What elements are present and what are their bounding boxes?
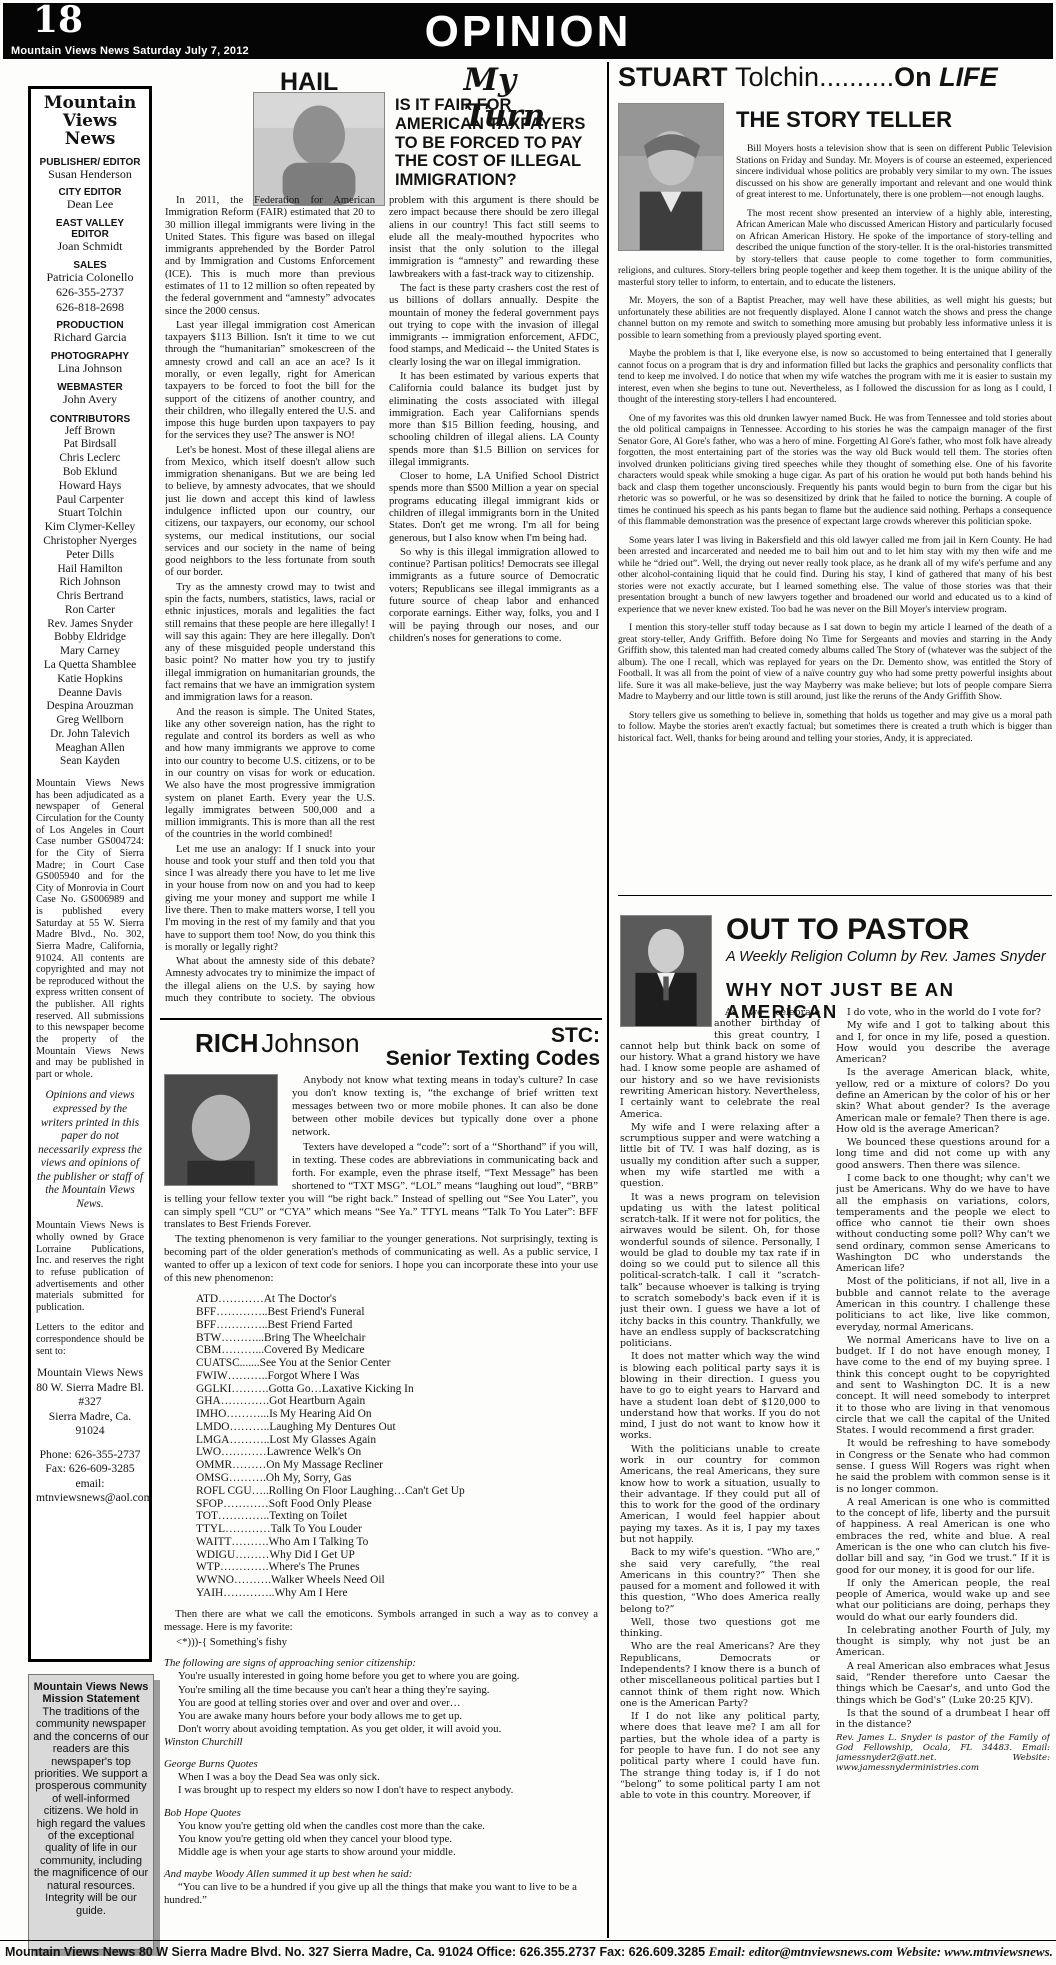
texting-code-entry: CUATSC.......See You at the Senior Cente… bbox=[196, 1357, 598, 1370]
texting-code-entry: BFF…………..Best Friend Farted bbox=[196, 1319, 598, 1332]
contributor-name: Paul Carpenter bbox=[36, 494, 144, 508]
texting-code-entry: BTW………...Bring The Wheelchair bbox=[196, 1332, 598, 1345]
paragraph: Is the average American black, white, ye… bbox=[836, 1067, 1050, 1135]
staff-entry: 626-818-2698 bbox=[36, 301, 144, 315]
my-turn-body: In 2011, the Federation for American Imm… bbox=[165, 195, 599, 1015]
staff-entry: EAST VALLEY EDITOR Joan Schmidt bbox=[36, 218, 144, 254]
staff-name: Patricia Colonello bbox=[36, 271, 144, 285]
paragraph: We normal Americans have to live on a bu… bbox=[836, 1335, 1050, 1437]
article-senior-texting-codes: RICH Johnson STC: Senior Texting Codes A… bbox=[160, 1022, 602, 1938]
contributor-name: Bobby Eldridge bbox=[36, 631, 144, 645]
paragraph: In 2011, the Federation for American Imm… bbox=[165, 195, 375, 318]
paragraph: Back to my wife's question. “Who are,” s… bbox=[620, 1547, 820, 1615]
contact-line: Phone: 626-355-2737 bbox=[36, 1448, 144, 1462]
senior-signs-list: You're usually interested in going home … bbox=[164, 1670, 598, 1736]
contributor-name: Deanne Davis bbox=[36, 687, 144, 701]
paragraph: With the politicians unable to create wo… bbox=[620, 1444, 820, 1546]
on-life-body: THE STORY TELLER Bill Moyers hosts a tel… bbox=[618, 101, 1052, 887]
staff-name: Dean Lee bbox=[36, 198, 144, 212]
paragraph: Last year illegal immigration cost Ameri… bbox=[165, 320, 375, 443]
emoticon-example: <*)))-{ Something's fishy bbox=[176, 1636, 598, 1649]
contributor-name: Pat Birdsall bbox=[36, 438, 144, 452]
stc-headline: STC: Senior Texting Codes bbox=[386, 1024, 600, 1070]
paragraph: So why is this illegal immigration allow… bbox=[389, 547, 599, 645]
stc-intro: Anybody not know what texting means in t… bbox=[164, 1074, 598, 1907]
pastor-column-1: As we celebrate another birthday of this… bbox=[620, 1007, 820, 1825]
paragraph: If only the American people, the real pe… bbox=[836, 1578, 1050, 1623]
texting-code-entry: OMMR………On My Massage Recliner bbox=[196, 1459, 598, 1472]
paragraph: Story tellers give us something to belie… bbox=[618, 710, 1052, 745]
staff-entry: PRODUCTION Richard Garcia bbox=[36, 320, 144, 345]
contributor-name: Howard Hays bbox=[36, 480, 144, 494]
footer-address: Mountain Views News 80 W Sierra Madre Bl… bbox=[5, 1945, 709, 1959]
texting-code-entry: FWIW………..Forgot Where I Was bbox=[196, 1370, 598, 1383]
footer-rule bbox=[0, 1940, 1056, 1941]
footer-website: www.mtnviewsnews.com bbox=[944, 1944, 1053, 1959]
contributors-label: CONTRIBUTORS bbox=[36, 414, 144, 425]
contributor-name: Jeff Brown bbox=[36, 425, 144, 439]
contributor-name: Dr. John Talevich bbox=[36, 728, 144, 742]
ownership-notice: Mountain Views News is wholly owned by G… bbox=[36, 1220, 144, 1313]
address-line: 80 W. Sierra Madre Bl. #327 bbox=[36, 1381, 144, 1410]
quote-line: You know you're getting old when they ca… bbox=[178, 1833, 598, 1846]
contributor-name: Stuart Tolchin bbox=[36, 507, 144, 521]
mailing-address: Mountain Views News80 W. Sierra Madre Bl… bbox=[36, 1366, 144, 1438]
page-footer: Mountain Views News 80 W Sierra Madre Bl… bbox=[5, 1944, 1053, 1960]
contributor-name: Katie Hopkins bbox=[36, 673, 144, 687]
paragraph: It was a news program on television upda… bbox=[620, 1192, 820, 1350]
paragraph: My wife and I were relaxing after a scru… bbox=[620, 1122, 820, 1190]
paragraph: And the reason is simple. The United Sta… bbox=[165, 707, 375, 842]
quote-line: You know you're getting old when the can… bbox=[178, 1820, 598, 1833]
mission-title-line1: Mountain Views News bbox=[33, 1681, 149, 1693]
pastor-column-2: I do vote, who in the world do I vote fo… bbox=[836, 1007, 1050, 1837]
staff-entry: PHOTOGRAPHY Lina Johnson bbox=[36, 351, 144, 376]
sidebar-title: Mountain Views News bbox=[36, 95, 144, 149]
paragraph: A real American is one who is committed … bbox=[836, 1497, 1050, 1576]
contributor-name: Mary Carney bbox=[36, 645, 144, 659]
paragraph: One of my favorites was this old drunken… bbox=[618, 413, 1052, 528]
paragraph: Let me use an analogy: If I snuck into y… bbox=[165, 844, 375, 955]
contact-info: Phone: 626-355-2737Fax: 626-609-3285emai… bbox=[36, 1448, 144, 1506]
staff-role-label: PUBLISHER/ EDITOR bbox=[36, 157, 144, 168]
article-out-to-pastor: OUT TO PASTOR A Weekly Religion Column b… bbox=[618, 903, 1052, 1938]
staff-name: John Avery bbox=[36, 393, 144, 407]
my-turn-bottom-rule bbox=[160, 1018, 602, 1020]
paragraph: Most of the politicians, if not all, liv… bbox=[836, 1276, 1050, 1332]
paragraph: Closer to home, LA Unified School Distri… bbox=[389, 471, 599, 545]
texting-code-entry: BFF…………..Best Friend's Funeral bbox=[196, 1306, 598, 1319]
paragraph: Who are the real Americans? Are they Rep… bbox=[620, 1641, 820, 1709]
section-title: OPINION bbox=[3, 7, 1053, 57]
paragraph: I mention this story-teller stuff today … bbox=[618, 622, 1052, 703]
texting-code-entry: WDIGU………Why Did I Get UP bbox=[196, 1549, 598, 1562]
contributor-name: Meaghan Allen bbox=[36, 742, 144, 756]
pastor-col1-paragraphs: As we celebrate another birthday of this… bbox=[620, 1007, 820, 1801]
staff-entry: SALES Patricia Colonello bbox=[36, 260, 144, 285]
contributor-name: Despina Arouzman bbox=[36, 700, 144, 714]
article-my-turn: HAIL Hamilton My Turn IS IT FAIR FOR AME… bbox=[160, 62, 602, 1018]
paragraph: My wife and I got to talking about this … bbox=[836, 1020, 1050, 1065]
staff-role-label: EAST VALLEY EDITOR bbox=[36, 218, 144, 240]
contributor-name: Chris Leclerc bbox=[36, 452, 144, 466]
sign-line: You are awake many hours before your bod… bbox=[178, 1710, 598, 1723]
mission-statement-box: Mountain Views News Mission Statement Th… bbox=[28, 1674, 154, 1950]
paragraph: Try as the amnesty crowd may to twist an… bbox=[165, 582, 375, 705]
rich-johnson-byline: RICH Johnson bbox=[195, 1028, 360, 1059]
pastor-col2-paragraphs: I do vote, who in the world do I vote fo… bbox=[836, 1007, 1050, 1730]
woody-allen-quote: “You can live to be a hundred if you giv… bbox=[164, 1881, 598, 1907]
paragraph: It does not matter which way the wind is… bbox=[620, 1351, 820, 1441]
footer-website-label: Website: bbox=[896, 1944, 945, 1959]
texting-code-entry: TTYL…………Talk To You Louder bbox=[196, 1523, 598, 1536]
sign-line: Don't worry about avoiding temptation. A… bbox=[178, 1723, 598, 1736]
quote-line: I was brought up to respect my elders so… bbox=[178, 1784, 598, 1797]
hail-hamilton-photo bbox=[253, 92, 385, 206]
paragraph: We bounced these questions around for a … bbox=[836, 1137, 1050, 1171]
texting-code-entry: CBM………...Covered By Medicare bbox=[196, 1344, 598, 1357]
address-line: Sierra Madre, Ca. 91024 bbox=[36, 1410, 144, 1439]
on-life-bottom-rule bbox=[618, 895, 1052, 896]
texting-code-entry: LMGA………..Lost My Glasses Again bbox=[196, 1434, 598, 1447]
paragraph: Is that the sound of a drumbeat I hear o… bbox=[836, 1708, 1050, 1731]
rich-johnson-photo bbox=[164, 1074, 278, 1186]
texting-code-entry: LMDO………..Laughing My Dentures Out bbox=[196, 1421, 598, 1434]
texting-code-entry: SFOP…………Soft Food Only Please bbox=[196, 1498, 598, 1511]
hope-quotes-list: You know you're getting old when the can… bbox=[164, 1820, 598, 1860]
footer-email-label: Email: bbox=[709, 1944, 749, 1959]
hope-quotes-title: Bob Hope Quotes bbox=[164, 1807, 598, 1820]
emoticon-intro: Then there are what we call the emoticon… bbox=[164, 1608, 598, 1634]
contributor-name: Kim Clymer-Kelley bbox=[36, 521, 144, 535]
staff-list: PUBLISHER/ EDITOR Susan Henderson CITY E… bbox=[36, 157, 144, 407]
senior-texting-codes-list: ATD…………At The Doctor'sBFF…………..Best Frie… bbox=[196, 1293, 598, 1599]
column-divider-rule bbox=[607, 62, 609, 1938]
texting-code-entry: TOT…………..Texting on Toilet bbox=[196, 1510, 598, 1523]
staff-name: Richard Garcia bbox=[36, 331, 144, 345]
staff-entry: 626-355-2737 bbox=[36, 286, 144, 300]
contact-line: Fax: 626-609-3285 bbox=[36, 1462, 144, 1476]
footer-email: editor@mtnviewsnews.com bbox=[749, 1944, 896, 1959]
staff-name: 626-355-2737 bbox=[36, 286, 144, 300]
paragraph: In celebrating another Fourth of July, m… bbox=[836, 1625, 1050, 1659]
contact-line: email: bbox=[36, 1477, 144, 1491]
texting-code-entry: OMSG……….Oh My, Sorry, Gas bbox=[196, 1472, 598, 1485]
letters-intro: Letters to the editor and correspondence… bbox=[36, 1322, 144, 1357]
contributor-name: Rev. James Snyder bbox=[36, 618, 144, 632]
sign-line: You're usually interested in going home … bbox=[178, 1670, 598, 1683]
texting-code-entry: WTP………….Where's The Prunes bbox=[196, 1561, 598, 1574]
burns-quotes-title: George Burns Quotes bbox=[164, 1758, 598, 1771]
signs-section-title: The following are signs of approaching s… bbox=[164, 1657, 598, 1670]
paragraph: It would be refreshing to have somebody … bbox=[836, 1438, 1050, 1494]
texting-code-entry: LWO…………Lawrence Welk's On bbox=[196, 1446, 598, 1459]
contributor-name: Rich Johnson bbox=[36, 576, 144, 590]
stuart-tolchin-byline: STUART Tolchin..........On LIFE bbox=[618, 62, 1052, 93]
staff-entry: CITY EDITOR Dean Lee bbox=[36, 187, 144, 212]
article-on-life: STUART Tolchin..........On LIFE THE STOR… bbox=[618, 62, 1052, 892]
texting-code-entry: IMHO………...Is My Hearing Aid On bbox=[196, 1408, 598, 1421]
opinions-disclaimer: Opinions and views expressed by the writ… bbox=[36, 1089, 144, 1211]
sign-line: You're smiling all the time because you … bbox=[178, 1684, 598, 1697]
staff-name: 626-818-2698 bbox=[36, 301, 144, 315]
staff-name: Lina Johnson bbox=[36, 362, 144, 376]
contributors-list: Jeff BrownPat BirdsallChris LeclercBob E… bbox=[36, 425, 144, 770]
mission-body: The traditions of the community newspape… bbox=[33, 1706, 149, 1917]
paragraph: I come back to one thought; why can't we… bbox=[836, 1173, 1050, 1275]
texting-code-entry: ROFL CGU…..Rolling On Floor Laughing…Can… bbox=[196, 1485, 598, 1498]
page-header: 18 Mountain Views News Saturday July 7, … bbox=[3, 3, 1053, 59]
pastor-footnote: Rev. James L. Snyder is pastor of the Fa… bbox=[836, 1733, 1050, 1773]
adjudication-notice: Mountain Views News has been adjudicated… bbox=[36, 778, 144, 1080]
woody-allen-title: And maybe Woody Allen summed it up best … bbox=[164, 1868, 598, 1881]
paragraph: The fact is these party crashers cost th… bbox=[389, 283, 599, 369]
quote-line: Middle age is when your age starts to sh… bbox=[178, 1846, 598, 1859]
contributor-name: Ron Carter bbox=[36, 604, 144, 618]
contributor-name: Hail Hamilton bbox=[36, 563, 144, 577]
paragraph: A real American also embraces what Jesus… bbox=[836, 1661, 1050, 1706]
contributor-name: Bob Eklund bbox=[36, 466, 144, 480]
burns-quotes-list: When I was a boy the Dead Sea was only s… bbox=[164, 1771, 598, 1797]
staff-name: Joan Schmidt bbox=[36, 240, 144, 254]
texting-code-entry: WWNO……….Walker Wheels Need Oil bbox=[196, 1574, 598, 1587]
texting-code-entry: GHA………….Got Heartburn Again bbox=[196, 1395, 598, 1408]
paragraph: I do vote, who in the world do I vote fo… bbox=[836, 1007, 1050, 1018]
contributor-name: Peter Dills bbox=[36, 549, 144, 563]
paragraph: If I do not like any political party, wh… bbox=[620, 1711, 820, 1801]
contributor-name: Greg Wellborn bbox=[36, 714, 144, 728]
contributor-name: Chris Bertrand bbox=[36, 590, 144, 604]
out-to-pastor-title: OUT TO PASTOR bbox=[726, 903, 1052, 947]
staff-name: Susan Henderson bbox=[36, 168, 144, 182]
newspaper-page: 18 Mountain Views News Saturday July 7, … bbox=[0, 0, 1056, 1965]
sign-line: You are good at telling stories over and… bbox=[178, 1697, 598, 1710]
stc-intro-p3: The texting phenomenon is very familiar … bbox=[164, 1233, 598, 1285]
out-to-pastor-subtitle: A Weekly Religion Column by Rev. James S… bbox=[726, 949, 1052, 965]
texting-code-entry: GGLKI……….Gotta Go…Laxative Kicking In bbox=[196, 1383, 598, 1396]
paragraph: Mr. Moyers, the son of a Baptist Preache… bbox=[618, 295, 1052, 341]
stuart-tolchin-photo bbox=[618, 103, 724, 251]
contributor-name: La Quetta Shamblee bbox=[36, 659, 144, 673]
my-turn-headline: IS IT FAIR FOR AMERICAN TAXPAYERS TO BE … bbox=[395, 96, 601, 190]
texting-code-entry: YAIH…………..Why Am I Here bbox=[196, 1587, 598, 1600]
texting-code-entry: ATD…………At The Doctor's bbox=[196, 1293, 598, 1306]
paragraph: Well, those two questions got me thinkin… bbox=[620, 1617, 820, 1640]
paragraph: Let's be honest. Most of these illegal a… bbox=[165, 445, 375, 580]
churchill-attribution: Winston Churchill bbox=[164, 1736, 598, 1749]
paragraph: It has been estimated by various experts… bbox=[389, 371, 599, 469]
photo-wrap-spacer bbox=[620, 1007, 714, 1033]
contributor-name: Christopher Nyerges bbox=[36, 535, 144, 549]
address-line: Mountain Views News bbox=[36, 1366, 144, 1380]
contributor-name: Sean Kayden bbox=[36, 755, 144, 769]
mission-title-line2: Mission Statement bbox=[33, 1693, 149, 1705]
staff-entry: PUBLISHER/ EDITOR Susan Henderson bbox=[36, 157, 144, 182]
masthead-sidebar: Mountain Views News PUBLISHER/ EDITOR Su… bbox=[28, 86, 152, 1662]
paragraph: Maybe the problem is that I, like everyo… bbox=[618, 348, 1052, 406]
paragraph: Some years later I was living in Bakersf… bbox=[618, 535, 1052, 616]
staff-entry: WEBMASTER John Avery bbox=[36, 382, 144, 407]
contact-line: mtnviewsnews@aol.com bbox=[36, 1491, 144, 1505]
texting-code-entry: WAITT……….Who Am I Talking To bbox=[196, 1536, 598, 1549]
quote-line: When I was a boy the Dead Sea was only s… bbox=[178, 1771, 598, 1784]
